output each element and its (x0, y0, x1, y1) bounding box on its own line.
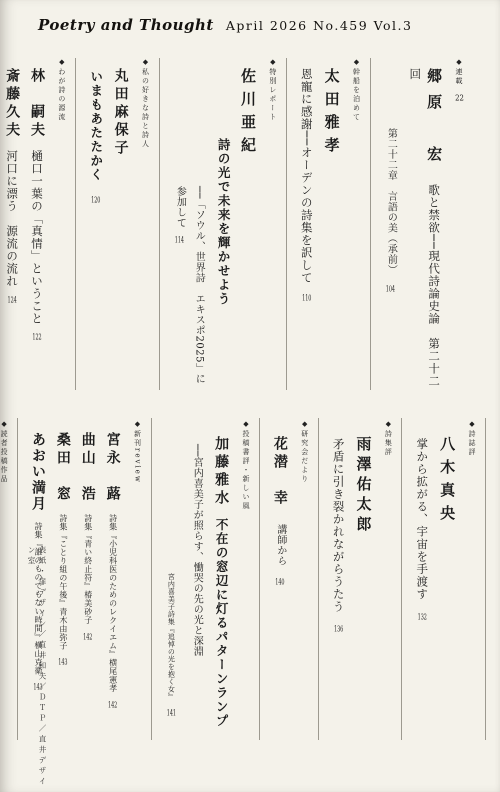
author-col: 太田雅孝 (322, 58, 341, 390)
margin-credit: 表紙・扉デザイン／直井和夫／ＤＴＰ／直井デザイン室 (26, 546, 48, 792)
author-col: 丸田麻保子 (111, 58, 130, 390)
toc-section-toukoshohyo: ◆投稿書評・新しい風 加藤雅水不在の窓辺に灯るパターンランプ ──宮内喜美子が照… (151, 418, 260, 740)
section-label: ◆私の好きな詩と詩人 (142, 58, 150, 149)
article-title-col: 掌から拡がる、宇宙を手渡す132 (412, 418, 431, 740)
article-note: 宮内喜美子詩集『追悼の光を抱く女』 (167, 573, 175, 701)
section-label-col: ◆幹船を泊めて (347, 58, 366, 390)
article-title: 講師から (275, 524, 286, 566)
section-label: ◆読者投稿作品 (0, 420, 8, 484)
section-label: ◆詩集評 (384, 420, 392, 457)
section-label-col: ◆わが詩の源流 (52, 58, 71, 390)
page-number: 122 (32, 333, 42, 342)
section-label-col: ◆特別レポート (263, 58, 282, 390)
article-subtitle-col: 第二十二章 言語の美（承前）104 (381, 58, 400, 390)
article-subtitle-col: ──宮内喜美子が照らす、慟哭の先の光と深淵 (186, 418, 205, 740)
toc-section-sagawa: ◆特別レポート 佐川亜紀 詩の光で未来を輝かせよう ──「ソウル、世界詩 エキス… (159, 58, 286, 390)
section-label: ◆詩誌評 (468, 420, 476, 457)
article-subtitle: ──「ソウル、世界詩 エキスポ2025」に参加して (174, 186, 204, 384)
author-col: 八木真央 (437, 418, 456, 740)
page-number: 110 (302, 294, 312, 303)
author-name: 八木真央 (438, 436, 456, 528)
page-number: 120 (91, 196, 101, 205)
section-label-col: ◆詩誌評 (462, 418, 481, 740)
author-name: 丸田麻保子 (113, 68, 129, 158)
author-name: 太田雅孝 (323, 68, 341, 160)
page-number: 114 (174, 236, 184, 245)
author-name: 曲山 浩 (80, 432, 96, 504)
issue-info: April 2026 No.459 Vol.3 (226, 18, 413, 33)
section-label: ◆新刊review (134, 420, 142, 484)
article-title: 河口に漂う 源流の流れ (5, 150, 19, 288)
book-title: 詩集『青い終止符』椿美砂子 (84, 514, 93, 625)
toc-section-maruta: ◆私の好きな詩と詩人 丸田麻保子 いまもあたたかく120 (75, 58, 159, 390)
magazine-header: Poetry and Thought April 2026 No.459 Vol… (38, 16, 412, 34)
entry-col: 宮永 蕗詩集『小児科医のためのレクイエム』横尾憲孝142 (103, 418, 122, 740)
article-title: 不在の窓辺に灯るパターンランプ (214, 518, 229, 728)
author-name: 宮永 蕗 (105, 432, 121, 504)
author-name: 花潜 幸 (272, 436, 288, 508)
toc-section-shishihyo: ◆詩誌評 八木真央 掌から拡がる、宇宙を手渡す132 (401, 418, 486, 740)
entry-col: 桑田 窓詩集『ことり組の午後』青木由弥子143 (53, 418, 72, 740)
author-col: 佐川亜紀 (238, 58, 257, 390)
book-title: 詩集『ことり組の午後』青木由弥子 (59, 514, 68, 650)
author-name: 桑田 窓 (55, 432, 71, 504)
section-label-col: ◆連載22 (449, 58, 468, 390)
toc-section-shishuhyo: ◆詩集評 雨澤佑太郎 矛盾に引き裂かれながらうたう136 (318, 418, 402, 740)
article-title-col: いまもあたたかく120 (86, 58, 105, 390)
toc-top-band: ◆連載22 郷原 宏歌と禁欲──現代詩論史論 第二十二回 第二十二章 言語の美（… (26, 58, 472, 390)
entry-col: 林 嗣夫樋口一葉の「真情」ということ122 (27, 58, 46, 390)
author-name: 林 嗣夫 (29, 68, 45, 140)
article-title-col: 詩の光で未来を輝かせよう (213, 58, 232, 390)
toc-section-genryu: ◆わが詩の源流 林 嗣夫樋口一葉の「真情」ということ122 斎藤久夫河口に漂う … (0, 58, 75, 390)
author-name: 雨澤佑太郎 (355, 436, 373, 536)
page-number: 136 (334, 625, 344, 634)
section-label-col: ◆詩集評 (379, 418, 398, 740)
toc-section-rensai: ◆連載22 郷原 宏歌と禁欲──現代詩論史論 第二十二回 第二十二章 言語の美（… (370, 58, 473, 390)
page-number: 132 (417, 613, 427, 622)
section-label-col: ◆研究会だより (295, 418, 314, 740)
article-title-col: 恩寵に感謝──オーデンの詩集を訳して110 (297, 58, 316, 390)
section-label: ◆連載 (455, 58, 463, 86)
section-label: ◆研究会だより (301, 420, 309, 484)
article-title: 恩寵に感謝──オーデンの詩集を訳して (300, 68, 314, 284)
section-label: ◆わが詩の源流 (58, 58, 66, 122)
section-label-col: ◆私の好きな詩と詩人 (136, 58, 155, 390)
article-subtitle-col: ──「ソウル、世界詩 エキスポ2025」に参加して114 (170, 58, 208, 390)
author-name: 斎藤久夫 (4, 68, 20, 140)
author-name: 郷原 宏 (425, 68, 443, 172)
page-number: 143 (58, 658, 68, 667)
page-number: 104 (385, 285, 395, 294)
article-title: 詩の光で未来を輝かせよう (216, 138, 231, 306)
book-title: 詩集『小児科医のためのレクイエム』横尾憲孝 (109, 514, 118, 693)
article-title-col: 矛盾に引き裂かれながらうたう136 (329, 418, 348, 740)
page-number: 142 (83, 633, 93, 642)
section-label-col: ◆投稿書評・新しい風 (236, 418, 255, 740)
page-number: 140 (275, 578, 285, 587)
section-label-col: ◆読者投稿作品 (0, 418, 13, 740)
author-name: 佐川亜紀 (239, 68, 257, 160)
toc-section-ota: ◆幹船を泊めて 太田雅孝 恩寵に感謝──オーデンの詩集を訳して110 (286, 58, 370, 390)
article-note-col: 宮内喜美子詩集『追悼の光を抱く女』141 (162, 418, 181, 740)
article-title: 掌から拡がる、宇宙を手渡す (415, 438, 429, 601)
toc-section-dokusha-toko: ◆読者投稿作品 加藤雅水 norik@_K 河本 瞳 有原野分 深月水月 羊 九… (0, 418, 17, 740)
page-number: 141 (166, 709, 176, 718)
magazine-toc-page: Poetry and Thought April 2026 No.459 Vol… (0, 0, 500, 792)
article-title: いまもあたたかく (89, 70, 104, 182)
entry-col: 花潜 幸講師から140 (270, 418, 289, 740)
author-name: 加藤雅水 (213, 436, 229, 508)
section-label-col: ◆新刊review (128, 418, 147, 740)
article-title: 矛盾に引き裂かれながらうたう (332, 438, 346, 613)
section-label-number: 22 (455, 94, 464, 102)
page-number: 142 (108, 701, 118, 710)
section-label: ◆幹船を泊めて (353, 58, 361, 122)
section-label: ◆投稿書評・新しい風 (242, 420, 250, 511)
article-subtitle: 第二十二章 言語の美（承前） (385, 128, 396, 275)
page-number: 124 (7, 296, 17, 305)
article-main-col: 郷原 宏歌と禁欲──現代詩論史論 第二十二回 (405, 58, 443, 390)
entry-col: 曲山 浩詩集『青い終止符』椿美砂子142 (78, 418, 97, 740)
article-main-col: 加藤雅水不在の窓辺に灯るパターンランプ (211, 418, 230, 740)
article-title: 樋口一葉の「真情」ということ (30, 150, 44, 325)
author-col: 雨澤佑太郎 (354, 418, 373, 740)
author-name: あおい満月 (30, 432, 46, 512)
toc-section-kenkyukai: ◆研究会だより 花潜 幸講師から140 (259, 418, 318, 740)
entry-col: 斎藤久夫河口に漂う 源流の流れ124 (2, 58, 21, 390)
section-label: ◆特別レポート (269, 58, 277, 122)
article-subtitle: ──宮内喜美子が照らす、慟哭の先の光と深淵 (191, 444, 202, 657)
magazine-title: Poetry and Thought (38, 16, 214, 34)
toc-bottom-band: ◆詩誌評 八木真央 掌から拡がる、宇宙を手渡す132 ◆詩集評 雨澤佑太郎 矛盾… (24, 418, 486, 740)
